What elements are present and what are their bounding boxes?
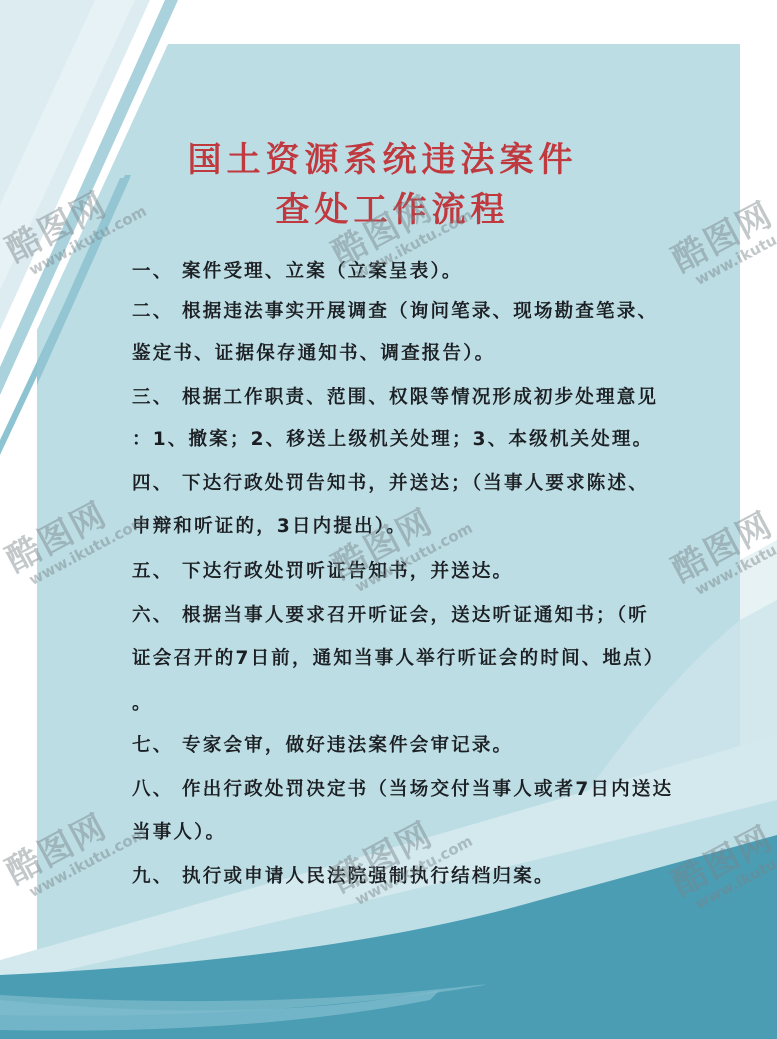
step-3-cont: ：1、撤案；2、移送上级机关处理；3、本级机关处理。 [132, 427, 653, 453]
page-title-line1: 国土资源系统违法案件 [0, 138, 771, 182]
step-3: 三、 根据工作职责、范围、权限等情况形成初步处理意见 [132, 385, 658, 411]
step-4: 四、 下达行政处罚告知书，并送达；（当事人要求陈述、 [132, 471, 649, 497]
step-5: 五、 下达行政处罚听证告知书，并送达。 [132, 559, 513, 585]
step-6-end: 。 [132, 691, 153, 717]
step-8-cont: 当事人）。 [132, 820, 226, 846]
step-6: 六、 根据当事人要求召开听证会，送达听证通知书；（听 [132, 603, 649, 629]
page-title-line2: 查处工作流程 [4, 188, 777, 232]
step-8: 八、 作出行政处罚决定书（当场交付当事人或者7日内送达 [132, 777, 673, 803]
step-1: 一、 案件受理、立案（立案呈表）。 [132, 259, 463, 285]
step-2: 二、 根据违法事实开展调查（询问笔录、现场勘查笔录、 [132, 299, 658, 325]
step-6-cont: 证会召开的7日前，通知当事人举行听证会的时间、地点） [132, 646, 665, 672]
step-4-cont: 申辩和听证的，3日内提出）。 [132, 514, 407, 540]
step-9: 九、 执行或申请人民法院强制执行结档归案。 [132, 864, 555, 890]
step-7: 七、 专家会审，做好违法案件会审记录。 [132, 733, 513, 759]
step-2-cont: 鉴定书、证据保存通知书、调查报告）。 [132, 341, 495, 367]
